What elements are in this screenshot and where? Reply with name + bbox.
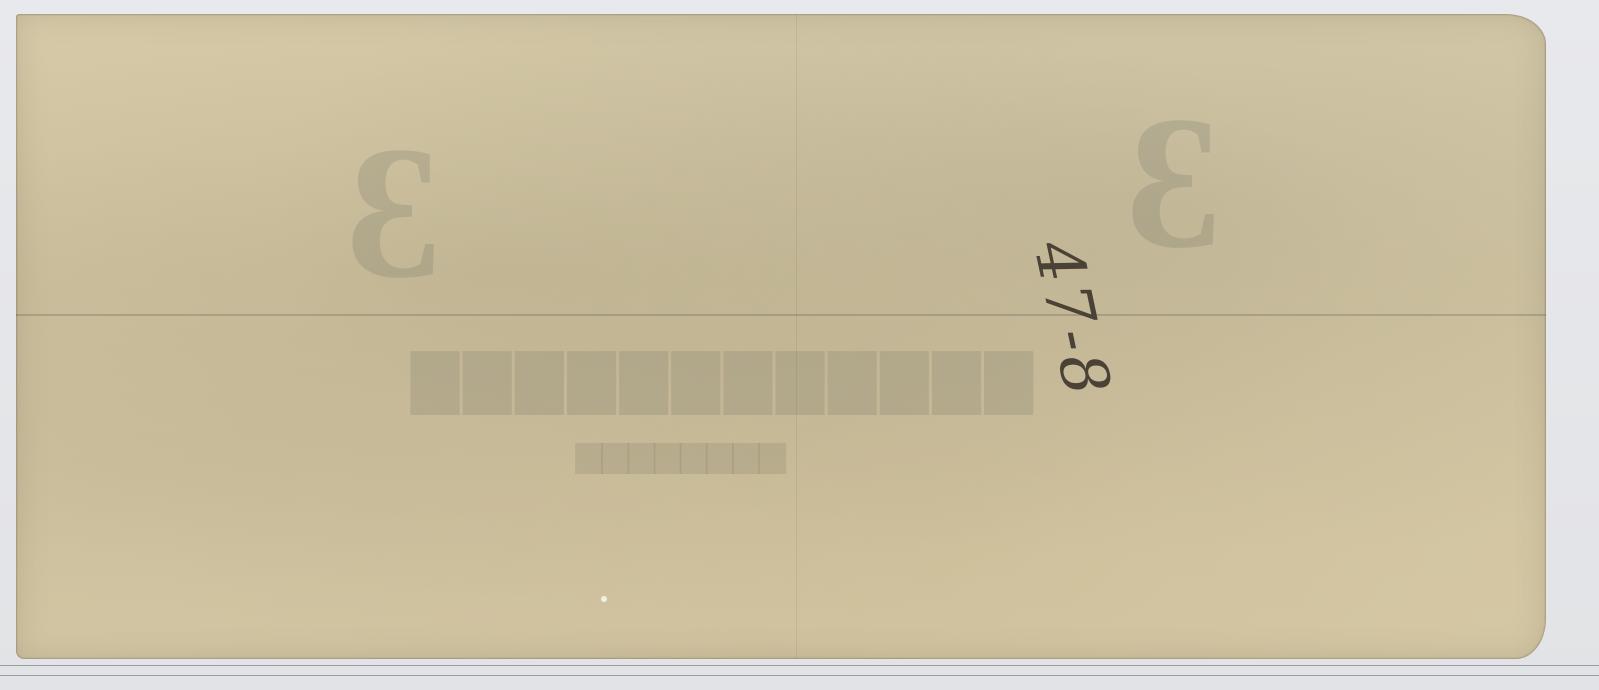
scanner-edge-line — [0, 675, 1599, 676]
banknote-back: 3 3 ▇▇▇▇▇▇▇▇▇▇▇▇ ▆▆▆▆▆▆▆▆ 47-8 — [16, 14, 1546, 659]
vertical-fold-crease — [796, 14, 797, 659]
horizontal-fold-crease — [16, 314, 1546, 316]
bleed-through-subtitle: ▆▆▆▆▆▆▆▆ — [576, 434, 785, 474]
handwritten-annotation: 47-8 — [1019, 234, 1125, 406]
bleed-through-title: ▇▇▇▇▇▇▇▇▇▇▇▇ — [406, 344, 1032, 414]
scanner-edge-line — [0, 665, 1599, 666]
bleed-through-numeral-right: 3 — [1126, 74, 1221, 292]
paper-spot — [601, 596, 607, 602]
bleed-through-numeral-left: 3 — [346, 104, 441, 322]
